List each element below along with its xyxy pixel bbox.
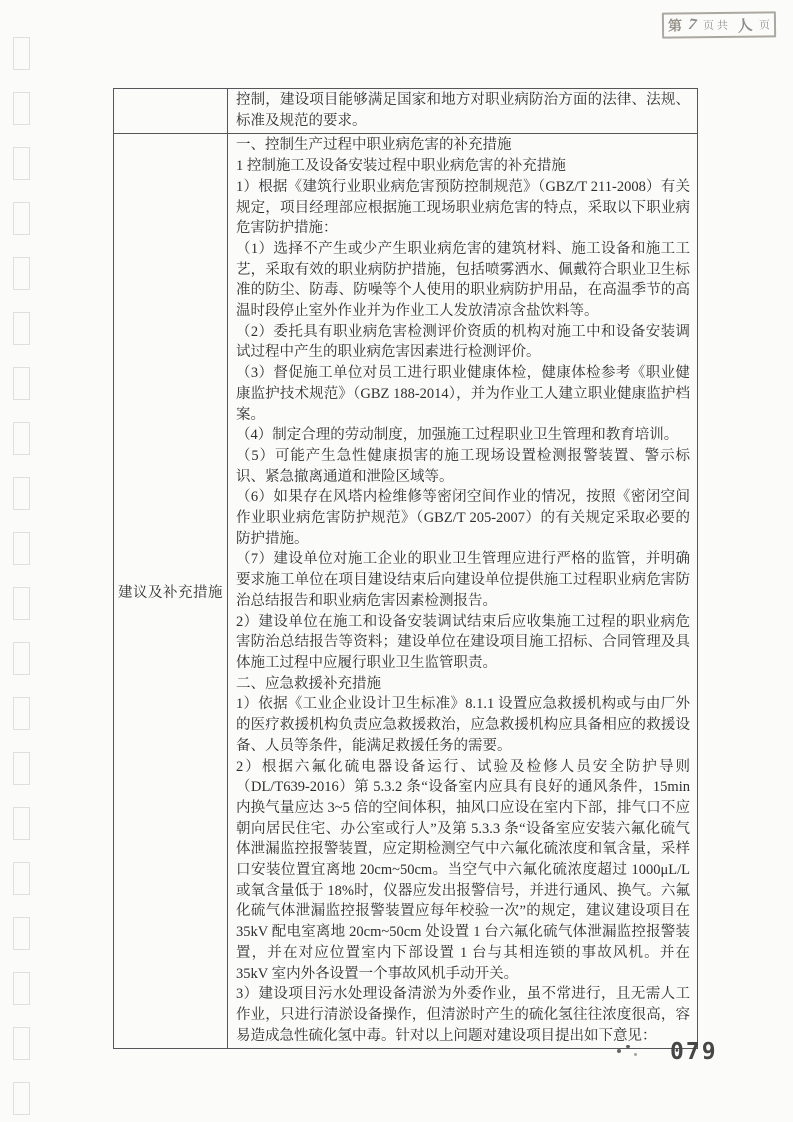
paragraph: 1 控制施工及设备安装过程中职业病危害的补充措施 bbox=[236, 156, 690, 177]
paragraph: 2）建设单位在施工和设备安装调试结束后应收集施工过程的职业病危害防治总结报告等资… bbox=[236, 612, 690, 674]
binding-mark bbox=[13, 37, 30, 70]
stamp-handwritten-page-number: 7 bbox=[686, 16, 699, 35]
binding-mark bbox=[13, 587, 30, 620]
table-row: 建议及补充措施 一、控制生产过程中职业病危害的补充措施1 控制施工及设备安装过程… bbox=[114, 134, 698, 1049]
row-label-suggestions: 建议及补充措施 bbox=[114, 134, 228, 1049]
binding-mark bbox=[13, 257, 30, 290]
ink-speck bbox=[617, 1049, 621, 1053]
paragraph: 3）建设项目污水处理设备清淤为外委作业，虽不常进行，且无需人工作业，只进行清淤设… bbox=[236, 984, 690, 1046]
scanned-document-page: 第 7 页共 人 页 控制，建设项目能够满足国家和地方对职业病防治方面的法律、法… bbox=[0, 0, 793, 1122]
binding-mark bbox=[13, 422, 30, 455]
binding-mark bbox=[13, 807, 30, 840]
paragraph: 1）依据《工业企业设计卫生标准》8.1.1 设置应急救援机构或与由厂外的医疗救援… bbox=[236, 694, 690, 756]
paragraph: （7）建设单位对施工企业的职业卫生管理应进行严格的监管，并明确要求施工单位在项目… bbox=[236, 549, 690, 611]
binding-mark bbox=[13, 312, 30, 345]
binding-mark bbox=[13, 202, 30, 235]
paragraph: 一、控制生产过程中职业病危害的补充措施 bbox=[236, 135, 690, 156]
paragraph: 1）根据《建筑行业职业病危害预防控制规范》（GBZ/T 211-2008）有关规… bbox=[236, 177, 690, 239]
binding-mark bbox=[13, 917, 30, 950]
binding-mark bbox=[13, 1027, 30, 1060]
stamp-middle-text: 页共 bbox=[703, 17, 731, 33]
table-row: 控制，建设项目能够满足国家和地方对职业病防治方面的法律、法规、标准及规范的要求。 bbox=[114, 89, 698, 134]
paragraph: （1）选择不产生或少产生职业病危害的建筑材料、施工设备和施工工艺，采取有效的职业… bbox=[236, 239, 690, 322]
binding-mark bbox=[13, 752, 30, 785]
binding-mark bbox=[13, 1082, 30, 1115]
suggestions-text-cell: 一、控制生产过程中职业病危害的补充措施1 控制施工及设备安装过程中职业病危害的补… bbox=[228, 134, 698, 1049]
paragraph: （5）可能产生急性健康损害的施工现场设置检测报警装置、警示标识、紧急撤离通道和泄… bbox=[236, 446, 690, 487]
binding-mark bbox=[13, 367, 30, 400]
binding-mark bbox=[13, 642, 30, 675]
binding-mark bbox=[13, 147, 30, 180]
ink-speck bbox=[634, 1053, 637, 1056]
continuation-text-cell: 控制，建设项目能够满足国家和地方对职业病防治方面的法律、法规、标准及规范的要求。 bbox=[228, 89, 698, 134]
paragraph: （2）委托具有职业病危害检测评价资质的机构对施工中和设备安装调试过程中产生的职业… bbox=[236, 322, 690, 363]
binding-mark bbox=[13, 862, 30, 895]
paragraph: （6）如果存在风塔内检维修等密闭空间作业的情况，按照《密闭空间作业职业病危害防护… bbox=[236, 487, 690, 549]
paragraph: 2）根据六氟化硫电器设备运行、试验及检修人员安全防护导则（DL/T639-201… bbox=[236, 757, 690, 985]
page-count-stamp: 第 7 页共 人 页 bbox=[662, 11, 776, 38]
measures-table: 控制，建设项目能够满足国家和地方对职业病防治方面的法律、法规、标准及规范的要求。… bbox=[113, 88, 698, 1049]
binding-mark bbox=[13, 972, 30, 1005]
ink-speck bbox=[626, 1045, 630, 1048]
paragraph: 二、应急救援补充措施 bbox=[236, 674, 690, 695]
stamp-prefix: 第 bbox=[668, 15, 682, 35]
binding-mark bbox=[13, 697, 30, 730]
row-label-empty bbox=[114, 89, 228, 134]
paragraph: （4）制定合理的劳动制度，加强施工过程职业卫生管理和教育培训。 bbox=[236, 425, 690, 446]
binding-mark bbox=[13, 477, 30, 510]
binding-mark bbox=[13, 92, 30, 125]
paragraph: （3）督促施工单位对员工进行职业健康体检，健康体检参考《职业健康监护技术规范》（… bbox=[236, 363, 690, 425]
stamp-handwritten-total-pages: 人 bbox=[736, 13, 754, 36]
stamp-suffix: 页 bbox=[759, 16, 770, 32]
binding-mark bbox=[13, 532, 30, 565]
page-number: 079 bbox=[670, 1039, 718, 1065]
paragraph-list: 一、控制生产过程中职业病危害的补充措施1 控制施工及设备安装过程中职业病危害的补… bbox=[236, 135, 690, 1046]
